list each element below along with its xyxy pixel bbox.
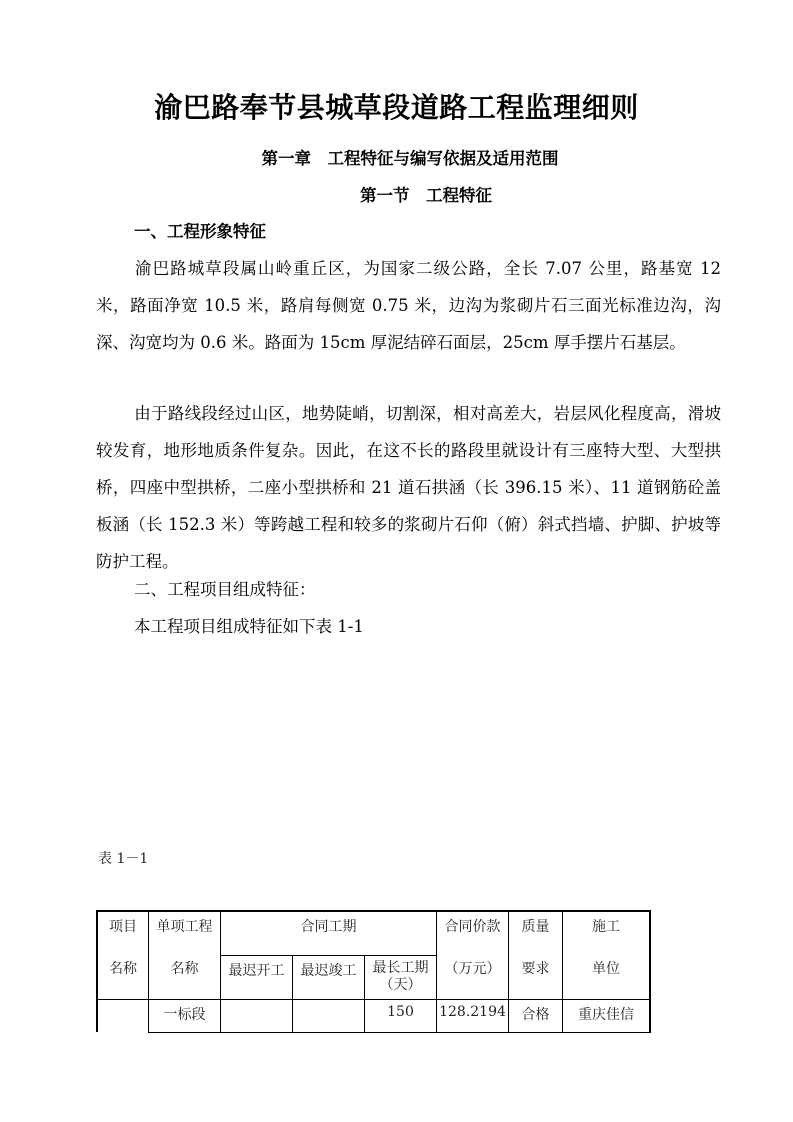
chapter-heading: 第一章 工程特征与编写依据及适用范围 (0, 145, 793, 169)
project-composition-table: 项目 名称 单项工程 名称 合同工期 合同价款 （万元） 质量 要求 施工 单位… (96, 910, 651, 1033)
cell-contractor: 重庆佳信 (563, 999, 651, 1032)
cell-sub-project: 一标段 (149, 999, 221, 1032)
header-price-line1: 合同价款 (437, 916, 508, 936)
header-latest-start: 最迟开工 (221, 955, 293, 999)
header-quality-line1: 质量 (509, 916, 562, 936)
header-contract-period: 合同工期 (221, 911, 437, 955)
cell-project-name (97, 999, 149, 1032)
cell-price: 128.2194 (437, 999, 509, 1032)
header-sub-project-line2: 名称 (149, 958, 220, 978)
table-intro-text: 本工程项目组成特征如下表 1-1 (134, 613, 364, 637)
subsection-heading-1: 一、工程形象特征 (134, 218, 266, 242)
header-project-name: 项目 名称 (97, 911, 149, 999)
table-caption: 表 1－1 (98, 848, 148, 868)
section-heading: 第一节 工程特征 (0, 182, 793, 206)
header-contractor-line2: 单位 (563, 958, 649, 978)
header-quality: 质量 要求 (509, 911, 563, 999)
subsection-heading-2: 二、工程项目组成特征： (134, 576, 316, 600)
header-contract-price: 合同价款 （万元） (437, 911, 509, 999)
header-project-name-line1: 项目 (98, 916, 148, 936)
header-sub-project-line1: 单项工程 (149, 916, 220, 936)
paragraph-2-text: 由于路线段经过山区，地势陡峭，切割深，相对高差大，岩层风化程度高，滑坡较发育，地… (96, 404, 721, 571)
cell-latest-finish (293, 999, 365, 1032)
paragraph-1-text: 渝巴路城草段属山岭重丘区，为国家二级公路，全长 7.07 公里，路基宽 12 米… (96, 259, 721, 352)
header-max-duration: 最长工期（天） (365, 955, 437, 999)
header-price-line2: （万元） (437, 958, 508, 978)
table-row: 一标段 150 128.2194 合格 重庆佳信 (97, 999, 650, 1032)
cell-latest-start (221, 999, 293, 1032)
header-contractor-line1: 施工 (563, 916, 649, 936)
header-latest-finish: 最迟竣工 (293, 955, 365, 999)
cell-quality: 合格 (509, 999, 563, 1032)
document-title: 渝巴路奉节县城草段道路工程监理细则 (0, 86, 793, 126)
paragraph-project-description: 渝巴路城草段属山岭重丘区，为国家二级公路，全长 7.07 公里，路基宽 12 米… (96, 250, 721, 361)
header-quality-line2: 要求 (509, 958, 562, 978)
header-contractor: 施工 单位 (563, 911, 651, 999)
header-project-name-line2: 名称 (98, 958, 148, 978)
cell-max-duration: 150 (365, 999, 437, 1032)
header-sub-project: 单项工程 名称 (149, 911, 221, 999)
paragraph-terrain-description: 由于路线段经过山区，地势陡峭，切割深，相对高差大，岩层风化程度高，滑坡较发育，地… (96, 395, 721, 580)
